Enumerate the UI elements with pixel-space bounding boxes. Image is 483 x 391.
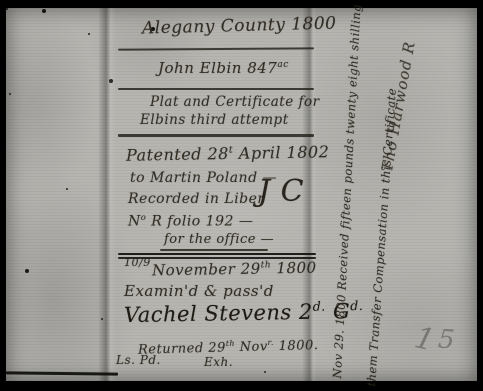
- double-rule-top: [118, 253, 316, 255]
- acres-superscript: ac: [277, 60, 288, 70]
- examined-line: Examin'd & pass'd: [124, 282, 274, 300]
- office-underline: [160, 249, 268, 251]
- scanned-document-frame: Alegany County 1800 John Elbin 847ac Pla…: [0, 0, 483, 391]
- folio-number-text: R folio 192 —: [146, 214, 253, 230]
- patented-text: Patented 28: [126, 144, 229, 165]
- pencil-mark-right: 5: [437, 324, 456, 355]
- abbrev-right-text: Exh.: [204, 355, 233, 369]
- stevens-sup-2: d.: [350, 298, 363, 313]
- office-line: for the office —: [164, 232, 274, 247]
- description-text-1: Plat and Certificate for: [150, 94, 320, 110]
- patentee-name-text: John Elbin 847: [158, 59, 277, 77]
- returned-sup-1: th: [226, 339, 235, 348]
- office-text: for the office —: [164, 232, 274, 247]
- bottom-left-fold-crease: [6, 371, 118, 375]
- liber-letters: J C: [258, 174, 304, 209]
- pencil-mark-left-text: 1: [411, 320, 438, 359]
- recorded-line: Recorded in Liber: [128, 191, 265, 207]
- county-title-line: Alegany County 1800: [142, 13, 337, 38]
- abbrev-left-text: Ls. Pd.: [116, 353, 161, 367]
- description-text-2: Elbins third attempt: [140, 112, 289, 128]
- folio-line: No R folio 192 —: [128, 212, 253, 230]
- fee-note: 10/9: [124, 256, 151, 269]
- folio-text: N: [128, 214, 141, 230]
- examined-text: Examin'd & pass'd: [124, 282, 274, 300]
- date-year-text: 1800: [271, 259, 317, 278]
- patented-year-text: April 1802: [233, 142, 329, 163]
- fee-text: 10/9: [124, 256, 151, 269]
- stevens-signature-text: Vachel Stevens 2: [124, 300, 313, 327]
- pencil-mark-right-text: 5: [437, 324, 456, 355]
- abbrev-left: Ls. Pd.: [116, 353, 161, 367]
- pencil-mark-left: 1: [411, 320, 438, 359]
- right-fold-line: [302, 8, 317, 381]
- description-line-2: Elbins third attempt: [140, 112, 289, 128]
- rule-under-name: [118, 88, 314, 90]
- stevens-sup-1: d.: [313, 299, 326, 314]
- patentee-name-line: John Elbin 847ac: [158, 59, 289, 77]
- document-paper: Alegany County 1800 John Elbin 847ac Pla…: [6, 8, 477, 381]
- returned-year-text: 1800.: [274, 338, 319, 354]
- rule-under-description: [118, 134, 314, 137]
- date-line: November 29th 1800: [152, 259, 317, 280]
- date-superscript: th: [261, 260, 272, 270]
- date-text: November 29: [152, 260, 261, 280]
- description-line-1: Plat and Certificate for: [150, 94, 320, 110]
- patented-line: Patented 28t April 1802: [126, 142, 330, 165]
- left-fold-line: [98, 8, 116, 381]
- returned-month-text: Nov: [235, 339, 268, 355]
- patent-to-text: to Martin Poland —: [130, 170, 277, 186]
- stevens-signature: Vachel Stevens 2d. Gd.: [124, 298, 364, 327]
- liber-text: J C: [258, 174, 304, 209]
- ink-specks: [6, 8, 8, 10]
- rule-under-title: [118, 47, 314, 50]
- abbrev-right: Exh.: [204, 355, 233, 369]
- patent-to-line: to Martin Poland —: [130, 170, 277, 186]
- recorded-text: Recorded in Liber: [128, 191, 265, 207]
- county-title-text: Alegany County 1800: [142, 13, 337, 38]
